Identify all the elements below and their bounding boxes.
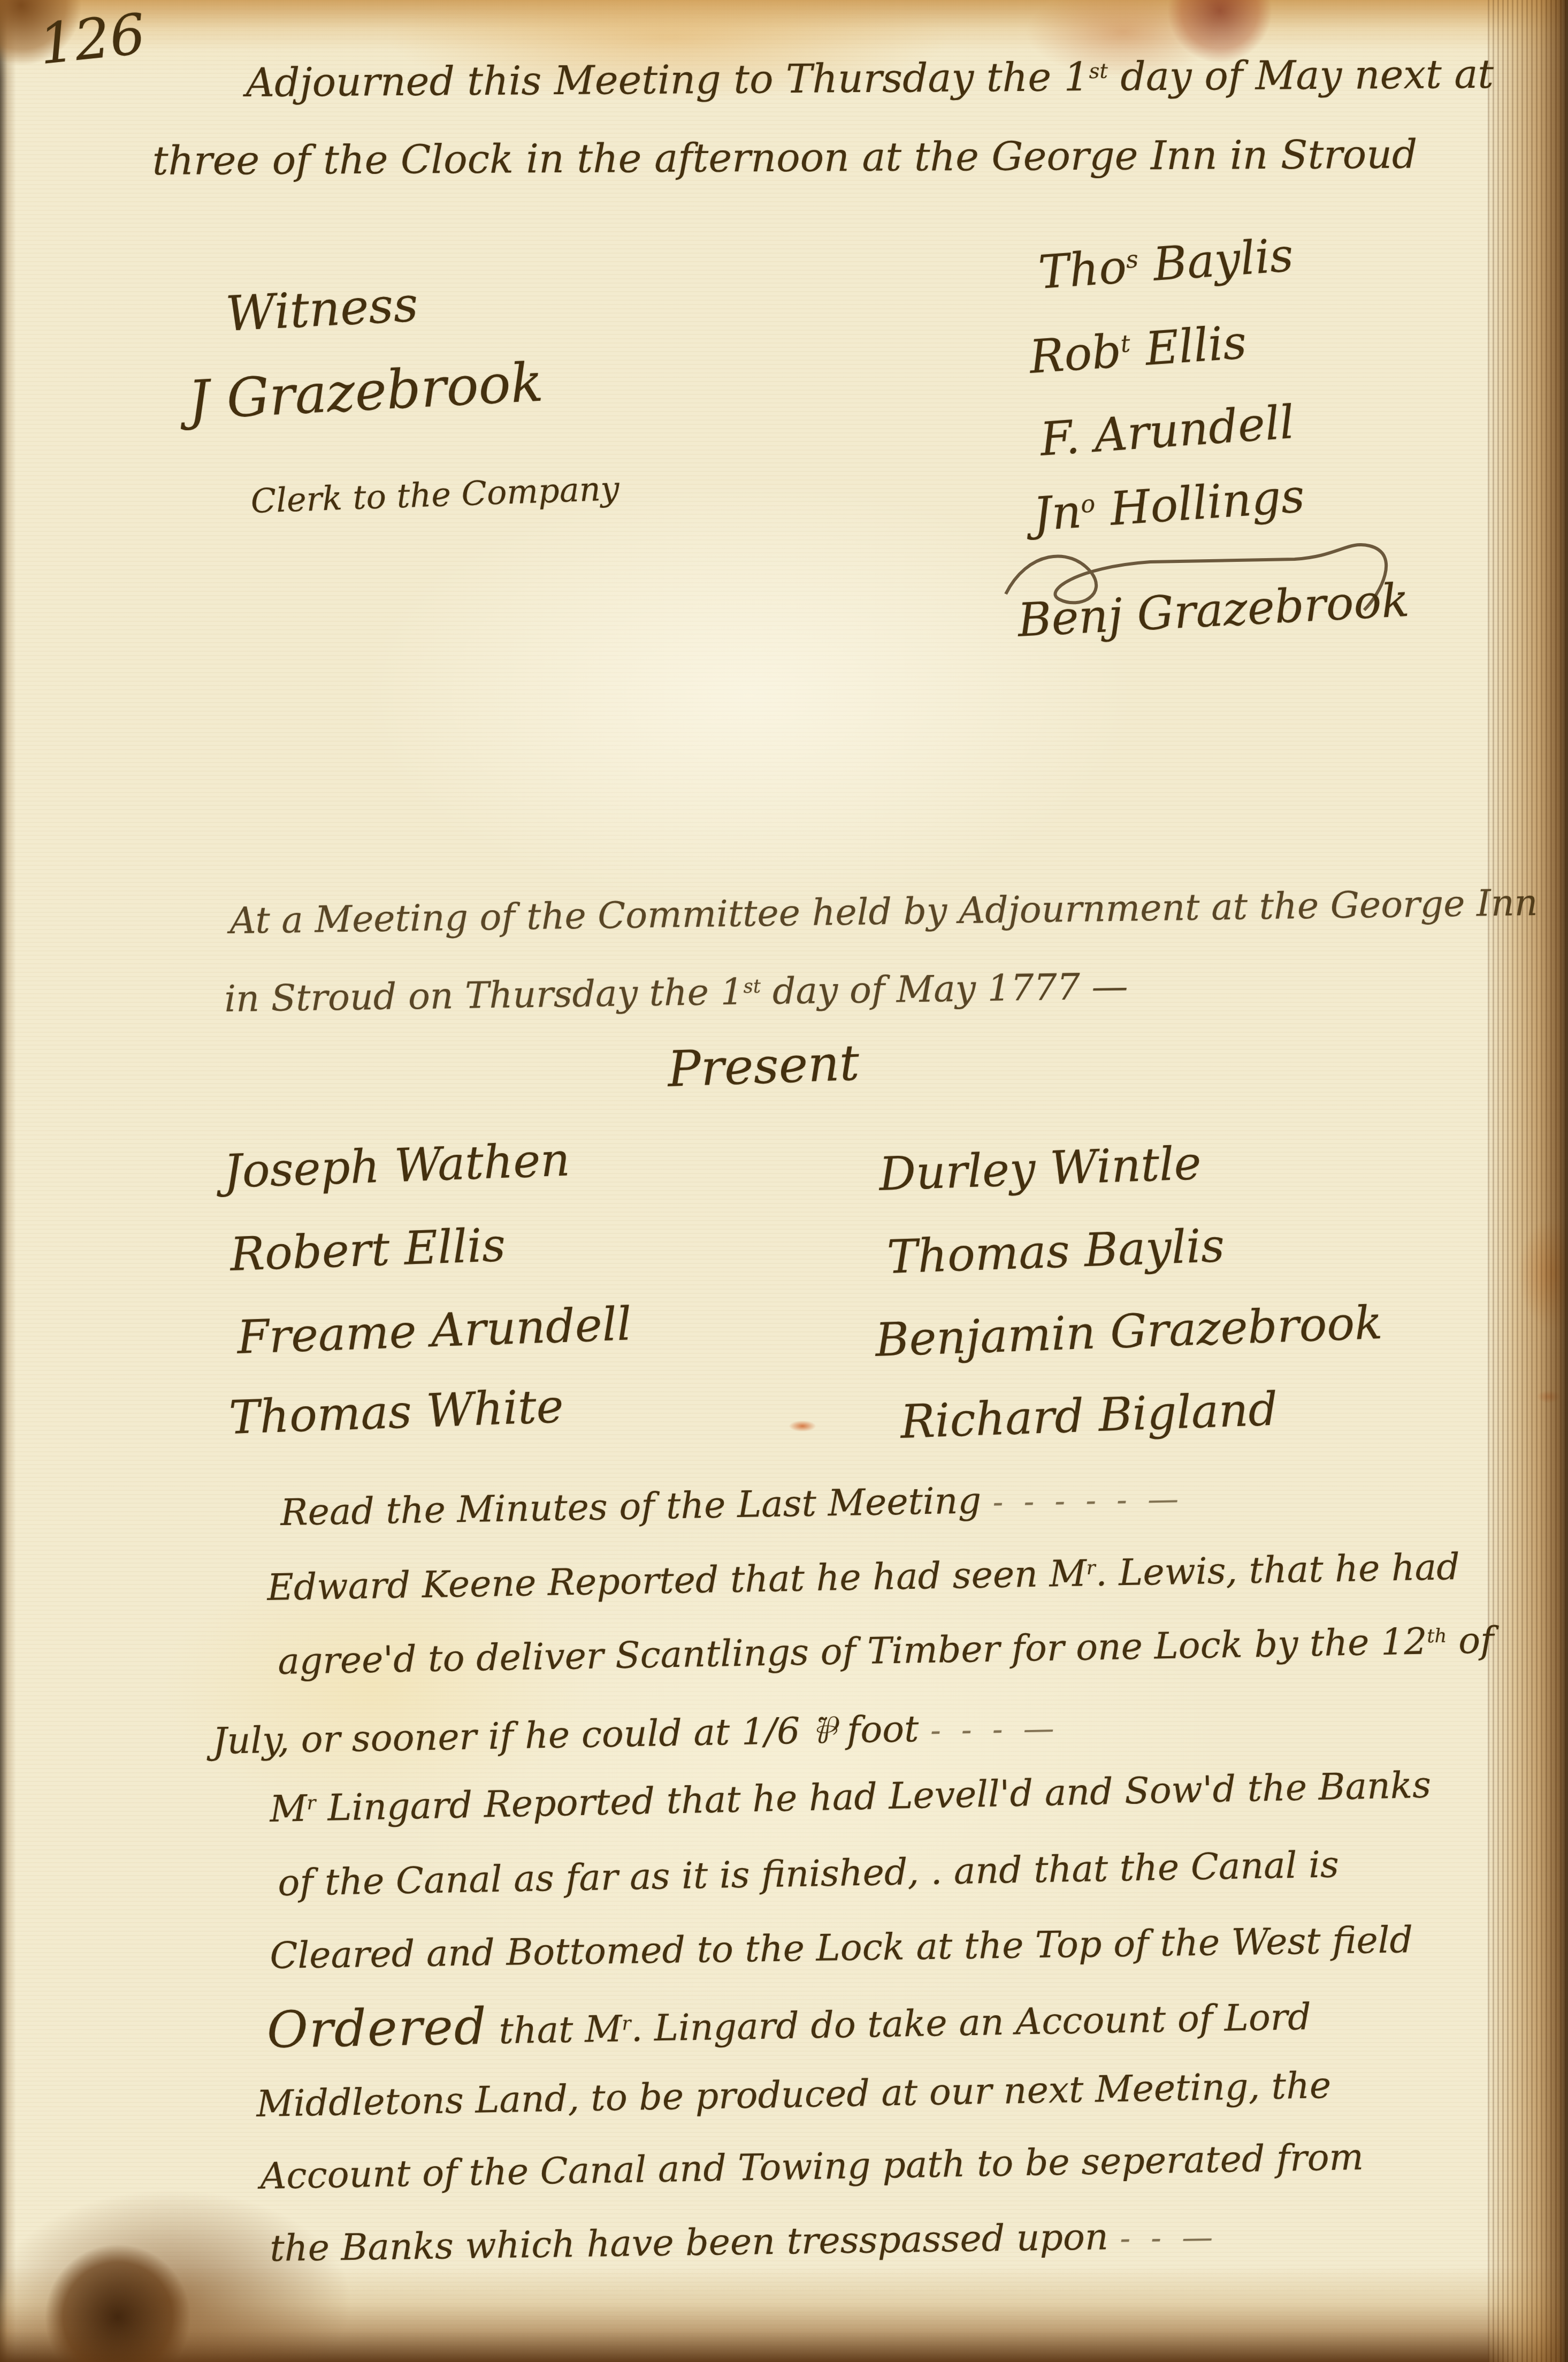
minutes-ordered-line-1: Ordered that Mr. Lingard do take an Acco… <box>266 1983 1311 2060</box>
minutes-text: July, or sooner if he could at 1/6 ⅌ foo… <box>212 1708 920 1763</box>
minutes-text: the Banks which have been tresspassed up… <box>270 2216 1108 2270</box>
minutes-ordered-line-2: Middletons Land, to be produced at our n… <box>256 2064 1332 2125</box>
attendee-arundell: Freame Arundell <box>236 1297 633 1365</box>
adjournment-line-1: Adjourned this Meeting to Thursday the 1… <box>246 51 1494 106</box>
attendee-grazebrook: Benjamin Grazebrook <box>875 1296 1383 1367</box>
filler-dashes: - - - - - — <box>992 1481 1184 1520</box>
manuscript-page: 126 Adjourned this Meeting to Thursday t… <box>0 0 1568 2362</box>
clerk-signature: J Grazebrook <box>187 351 545 432</box>
minutes-text: Lingard Reported that he had Levell'd an… <box>316 1764 1432 1830</box>
minutes-ordered-line-3: Account of the Canal and Towing path to … <box>260 2136 1364 2198</box>
minutes-text: that M <box>487 2008 622 2052</box>
ordinal-superscript: st <box>743 976 761 997</box>
present-heading: Present <box>667 1034 860 1098</box>
attendee-wathen: Joseph Wathen <box>223 1133 571 1199</box>
attendee-baylis: Thomas Baylis <box>886 1219 1226 1284</box>
signature-text: Baylis <box>1137 228 1295 293</box>
ordinal-superscript: th <box>1427 1625 1447 1648</box>
meeting-heading-line-2: in Stroud on Thursday the 1st day of May… <box>224 965 1128 1020</box>
minutes-text: M <box>269 1788 307 1831</box>
minutes-lingard-line-3: Cleared and Bottomed to the Lock at the … <box>270 1919 1413 1977</box>
minutes-ordered-line-4: the Banks which have been tresspassed up… <box>270 2214 1219 2270</box>
minutes-text: Edward Keene Reported that he had seen M <box>267 1552 1087 1609</box>
witness-label: Witness <box>225 276 419 342</box>
attendee-bigland: Richard Bigland <box>900 1382 1279 1449</box>
abbrev-superscript: r <box>1087 1557 1096 1579</box>
minutes-keene-line-1: Edward Keene Reported that he had seen M… <box>267 1546 1460 1609</box>
minutes-read-line: Read the Minutes of the Last Meeting - -… <box>280 1476 1184 1534</box>
minutes-lingard-line-1: Mr Lingard Reported that he had Levell'd… <box>269 1764 1431 1831</box>
page-number: 126 <box>36 1 148 77</box>
adjournment-line-2: three of the Clock in the afternoon at t… <box>152 132 1418 184</box>
minutes-keene-line-2: agree'd to deliver Scantlings of Timber … <box>278 1619 1494 1683</box>
book-fore-edge <box>1488 0 1568 2362</box>
ordinal-superscript: st <box>1089 59 1108 83</box>
minutes-text: . Lewis, that he had <box>1095 1546 1460 1595</box>
minutes-lingard-line-2: of the Canal as far as it is finished, .… <box>278 1843 1340 1904</box>
meeting-line-2-text: in Stroud on Thursday the 1 <box>224 971 744 1020</box>
attendee-white: Thomas White <box>228 1380 565 1445</box>
abbrev-superscript: r <box>622 2013 631 2035</box>
minutes-text: Read the Minutes of the Last Meeting <box>280 1480 982 1534</box>
signature-ellis: Robt Ellis <box>1028 316 1248 384</box>
signature-arundell: F. Arundell <box>1038 395 1296 467</box>
meeting-heading-line-1: At a Meeting of the Committee held by Ad… <box>230 882 1538 942</box>
attendee-ellis: Robert Ellis <box>230 1218 507 1282</box>
clerk-role: Clerk to the Company <box>250 469 619 521</box>
signature-text: Ellis <box>1129 316 1248 377</box>
attendee-wintle: Durley Wintle <box>878 1137 1203 1201</box>
abbrev-superscript: o <box>1080 489 1096 519</box>
minutes-text: of <box>1447 1619 1494 1663</box>
filler-dashes: - - — <box>1120 2219 1219 2257</box>
adjournment-line-1-text: Adjourned this Meeting to Thursday the 1 <box>246 54 1089 106</box>
signature-baylis: Thos Baylis <box>1037 228 1295 300</box>
abbrev-superscript: r <box>307 1792 316 1814</box>
minutes-text: . Lingard do take an Account of Lord <box>631 1996 1311 2050</box>
minutes-text: agree'd to deliver Scantlings of Timber … <box>278 1621 1428 1683</box>
minutes-keene-line-3: July, or sooner if he could at 1/6 ⅌ foo… <box>212 1700 1060 1764</box>
signature-text: Tho <box>1037 240 1128 300</box>
signature-text: Rob <box>1028 324 1123 384</box>
signature-text: Hollings <box>1094 469 1306 537</box>
meeting-line-2-rest: day of May 1777 — <box>761 965 1128 1013</box>
ordered-keyword: Ordered <box>266 1998 488 2060</box>
filler-dashes: - - - — <box>930 1710 1060 1748</box>
adjournment-line-1-rest: day of May next at <box>1108 51 1494 100</box>
